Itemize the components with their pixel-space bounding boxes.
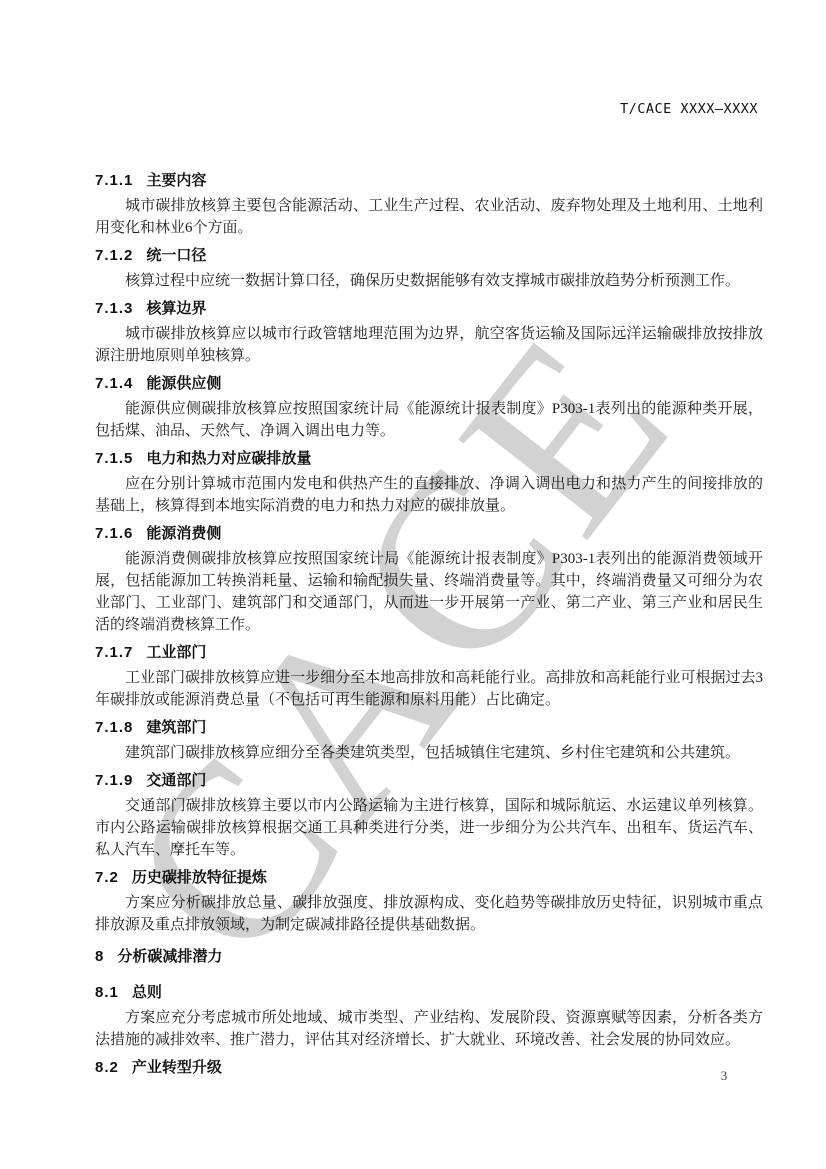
section-title: 核算边界 [146, 300, 206, 317]
section-title: 工业部门 [146, 644, 206, 661]
paragraph: 交通部门碳排放核算主要以市内公路运输为主进行核算，国际和城际航运、水运建议单列核… [95, 795, 763, 861]
section-heading-8-2: 8.2产业转型升级 [95, 1057, 763, 1079]
section-number: 7.1.8 [95, 719, 133, 736]
section-title: 能源供应侧 [146, 375, 221, 392]
paragraph: 方案应分析碳排放总量、碳排放强度、排放源构成、变化趋势等碳排放历史特征，识别城市… [95, 892, 763, 936]
section-number: 7.1.2 [95, 247, 133, 264]
section-heading-7-1-7: 7.1.7工业部门 [95, 642, 763, 664]
section-heading-7-1-8: 7.1.8建筑部门 [95, 717, 763, 739]
section-number: 8.1 [95, 984, 119, 1001]
section-heading-8-1: 8.1总则 [95, 982, 763, 1004]
page-number: 3 [721, 1068, 728, 1083]
section-heading-7-1-5: 7.1.5电力和热力对应碳排放量 [95, 448, 763, 470]
section-heading-7-1-9: 7.1.9交通部门 [95, 770, 763, 792]
section-title: 总则 [132, 984, 162, 1001]
section-title: 交通部门 [146, 772, 206, 789]
section-number: 8.2 [95, 1059, 119, 1076]
paragraph: 建筑部门碳排放核算应细分至各类建筑类型，包括城镇住宅建筑、乡村住宅建筑和公共建筑… [95, 742, 763, 764]
section-heading-7-1-2: 7.1.2统一口径 [95, 245, 763, 267]
section-heading-7-1-1: 7.1.1主要内容 [95, 170, 763, 192]
standard-number: T/CACE XXXX—XXXX [620, 101, 758, 117]
paragraph: 城市碳排放核算应以城市行政管辖地理范围为边界，航空客货运输及国际远洋运输碳排放按… [95, 323, 763, 367]
section-title: 产业转型升级 [132, 1059, 222, 1076]
section-title: 主要内容 [146, 172, 206, 189]
paragraph: 城市碳排放核算主要包含能源活动、工业生产过程、农业活动、废弃物处理及土地利用、土… [95, 195, 763, 239]
section-number: 7.1.5 [95, 450, 133, 467]
chapter-heading-8: 8分析碳减排潜力 [95, 946, 763, 968]
section-number: 7.1.6 [95, 525, 133, 542]
paragraph: 工业部门碳排放核算应进一步细分至本地高排放和高耗能行业。高排放和高耗能行业可根据… [95, 667, 763, 711]
section-number: 8 [95, 948, 104, 965]
paragraph: 应在分别计算城市范围内发电和供热产生的直接排放、净调入调出电力和热力产生的间接排… [95, 473, 763, 517]
section-heading-7-2: 7.2历史碳排放特征提炼 [95, 867, 763, 889]
section-heading-7-1-6: 7.1.6能源消费侧 [95, 523, 763, 545]
section-heading-7-1-4: 7.1.4能源供应侧 [95, 373, 763, 395]
page-footer: 3 [712, 1068, 736, 1084]
section-title: 建筑部门 [146, 719, 206, 736]
section-title: 历史碳排放特征提炼 [132, 869, 267, 886]
document-content: 7.1.1主要内容 城市碳排放核算主要包含能源活动、工业生产过程、农业活动、废弃… [95, 164, 763, 1082]
section-number: 7.1.3 [95, 300, 133, 317]
section-number: 7.1.7 [95, 644, 133, 661]
section-number: 7.2 [95, 869, 119, 886]
section-title: 分析碳减排潜力 [117, 948, 222, 965]
section-title: 统一口径 [146, 247, 206, 264]
paragraph: 能源消费侧碳排放核算应按照国家统计局《能源统计报表制度》P303-1表列出的能源… [95, 548, 763, 636]
paragraph: 核算过程中应统一数据计算口径，确保历史数据能够有效支撑城市碳排放趋势分析预测工作… [95, 270, 763, 292]
section-number: 7.1.9 [95, 772, 133, 789]
section-number: 7.1.1 [95, 172, 133, 189]
section-title: 能源消费侧 [146, 525, 221, 542]
section-number: 7.1.4 [95, 375, 133, 392]
paragraph: 方案应充分考虑城市所处地域、城市类型、产业结构、发展阶段、资源禀赋等因素，分析各… [95, 1007, 763, 1051]
section-heading-7-1-3: 7.1.3核算边界 [95, 298, 763, 320]
page-header: T/CACE XXXX—XXXX [620, 101, 758, 117]
paragraph: 能源供应侧碳排放核算应按照国家统计局《能源统计报表制度》P303-1表列出的能源… [95, 398, 763, 442]
section-title: 电力和热力对应碳排放量 [146, 450, 311, 467]
